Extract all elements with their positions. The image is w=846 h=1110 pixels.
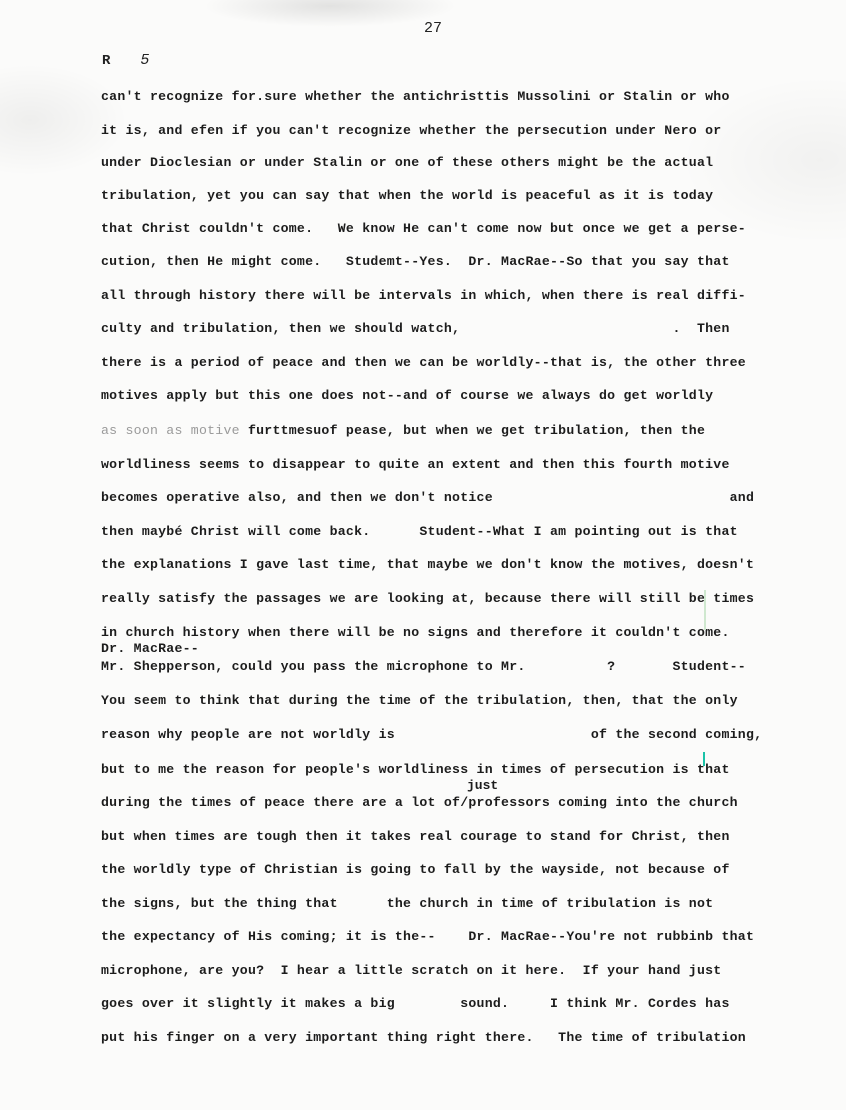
- faded-prefix: as soon as motive: [101, 423, 248, 438]
- page-number: 27: [424, 20, 442, 37]
- text-line: microphone, are you? I hear a little scr…: [101, 963, 721, 979]
- text-line: in church history when there will be no …: [101, 625, 730, 641]
- text-line-overstruck: as soon as motive furttmesuof pease, but…: [101, 423, 705, 439]
- text-line: tribulation, yet you can say that when t…: [101, 188, 713, 204]
- text-line: the expectancy of His coming; it is the-…: [101, 929, 754, 945]
- section-mark: R5: [102, 52, 149, 69]
- text-line: that Christ couldn't come. We know He ca…: [101, 221, 746, 237]
- section-letter: R: [102, 53, 110, 69]
- speaker-label: Dr. MacRae--: [101, 641, 199, 657]
- text-line: can't recognize for.sure whether the ant…: [101, 89, 730, 105]
- text-line: becomes operative also, and then we don'…: [101, 490, 754, 506]
- text-line: under Dioclesian or under Stalin or one …: [101, 155, 713, 171]
- text-line: there is a period of peace and then we c…: [101, 355, 746, 371]
- text-line: then maybé Christ will come back. Studen…: [101, 524, 738, 540]
- typewritten-page: 27 R5 can't recognize for.sure whether t…: [0, 0, 846, 1110]
- scan-artifact-mark: [704, 590, 706, 630]
- text-line: the explanations I gave last time, that …: [101, 557, 754, 573]
- text-line: the worldly type of Christian is going t…: [101, 862, 730, 878]
- text-line: the signs, but the thing that the church…: [101, 896, 713, 912]
- scan-artifact-mark: [703, 752, 705, 766]
- text-line: worldliness seems to disappear to quite …: [101, 457, 730, 473]
- text-line: motives apply but this one does not--and…: [101, 388, 713, 404]
- text-line: during the times of peace there are a lo…: [101, 795, 738, 811]
- overstruck-text: furttmesuof pease, but when we get tribu…: [248, 423, 705, 438]
- text-line: culty and tribulation, then we should wa…: [101, 321, 730, 337]
- text-line: all through history there will be interv…: [101, 288, 746, 304]
- interlinear-insert: just: [467, 778, 498, 793]
- text-line: Mr. Shepperson, could you pass the micro…: [101, 659, 746, 675]
- text-line: but to me the reason for people's worldl…: [101, 762, 730, 778]
- text-line: cution, then He might come. Studemt--Yes…: [101, 254, 730, 270]
- text-line: goes over it slightly it makes a big sou…: [101, 996, 730, 1012]
- text-line: it is, and efen if you can't recognize w…: [101, 123, 721, 139]
- section-number: 5: [140, 52, 149, 69]
- text-line: but when times are tough then it takes r…: [101, 829, 730, 845]
- text-line: really satisfy the passages we are looki…: [101, 591, 754, 607]
- text-line: You seem to think that during the time o…: [101, 693, 738, 709]
- text-line: put his finger on a very important thing…: [101, 1030, 746, 1046]
- text-line: reason why people are not worldly is of …: [101, 727, 762, 743]
